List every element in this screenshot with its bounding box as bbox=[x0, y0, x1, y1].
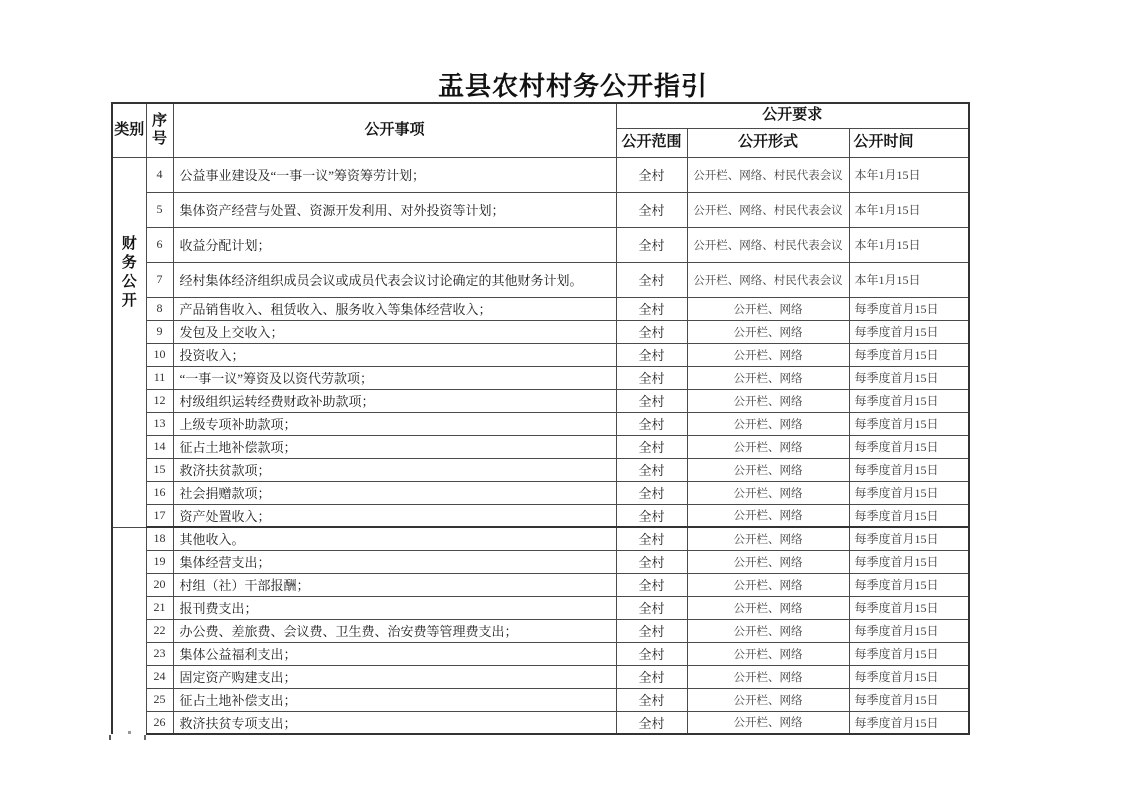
cell-item: 经村集体经济组织成员会议或成员代表会议讨论确定的其他财务计划。 bbox=[173, 262, 616, 297]
cell-scope: 全村 bbox=[616, 320, 687, 343]
table-row: 8产品销售收入、租赁收入、服务收入等集体经营收入；全村公开栏、网络每季度首月15… bbox=[112, 297, 969, 320]
cell-seq: 26 bbox=[146, 711, 173, 734]
cell-form: 公开栏、网络 bbox=[687, 573, 849, 596]
table-row: 11“一事一议”筹资及以资代劳款项；全村公开栏、网络每季度首月15日 bbox=[112, 366, 969, 389]
cell-item: 救济扶贫款项； bbox=[173, 458, 616, 481]
cell-scope: 全村 bbox=[616, 343, 687, 366]
cell-seq: 8 bbox=[146, 297, 173, 320]
page-title: 盂县农村村务公开指引 bbox=[0, 66, 1146, 103]
cell-time: 每季度首月15日 bbox=[849, 343, 969, 366]
cell-scope: 全村 bbox=[616, 619, 687, 642]
cell-seq: 7 bbox=[146, 262, 173, 297]
cell-form: 公开栏、网络、村民代表会议 bbox=[687, 192, 849, 227]
cell-seq: 16 bbox=[146, 481, 173, 504]
cell-form: 公开栏、网络 bbox=[687, 642, 849, 665]
table-row: 26救济扶贫专项支出；全村公开栏、网络每季度首月15日 bbox=[112, 711, 969, 734]
cell-item: 村组（社）干部报酬； bbox=[173, 573, 616, 596]
cell-time: 每季度首月15日 bbox=[849, 297, 969, 320]
cell-seq: 13 bbox=[146, 412, 173, 435]
cell-form: 公开栏、网络 bbox=[687, 343, 849, 366]
cell-time: 每季度首月15日 bbox=[849, 320, 969, 343]
cell-item: 固定资产购建支出； bbox=[173, 665, 616, 688]
cell-form: 公开栏、网络、村民代表会议 bbox=[687, 157, 849, 192]
cell-time: 本年1月15日 bbox=[849, 157, 969, 192]
table-row: 14征占土地补偿款项；全村公开栏、网络每季度首月15日 bbox=[112, 435, 969, 458]
cell-form: 公开栏、网络 bbox=[687, 412, 849, 435]
cell-time: 每季度首月15日 bbox=[849, 711, 969, 734]
cell-seq: 6 bbox=[146, 227, 173, 262]
cell-scope: 全村 bbox=[616, 642, 687, 665]
cell-item: 集体资产经营与处置、资源开发利用、对外投资等计划； bbox=[173, 192, 616, 227]
disclosure-table-wrap: 类别 序号 公开事项 公开要求 公开范围 公开形式 公开时间 财务公开4公益事业… bbox=[111, 102, 970, 735]
cell-scope: 全村 bbox=[616, 157, 687, 192]
cell-scope: 全村 bbox=[616, 527, 687, 550]
cell-form: 公开栏、网络 bbox=[687, 481, 849, 504]
table-row: 13上级专项补助款项；全村公开栏、网络每季度首月15日 bbox=[112, 412, 969, 435]
cell-item: 办公费、差旅费、会议费、卫生费、治安费等管理费支出； bbox=[173, 619, 616, 642]
cell-form: 公开栏、网络 bbox=[687, 320, 849, 343]
cell-seq: 14 bbox=[146, 435, 173, 458]
cell-form: 公开栏、网络 bbox=[687, 435, 849, 458]
table-row: 18其他收入。全村公开栏、网络每季度首月15日 bbox=[112, 527, 969, 550]
cell-time: 每季度首月15日 bbox=[849, 527, 969, 550]
col-header-seq: 序号 bbox=[146, 103, 173, 157]
cell-form: 公开栏、网络、村民代表会议 bbox=[687, 227, 849, 262]
col-header-time: 公开时间 bbox=[849, 128, 969, 157]
cell-item: 报刊费支出； bbox=[173, 596, 616, 619]
cell-time: 每季度首月15日 bbox=[849, 481, 969, 504]
cell-scope: 全村 bbox=[616, 297, 687, 320]
col-header-item: 公开事项 bbox=[173, 103, 616, 157]
cell-item: 资产处置收入； bbox=[173, 504, 616, 527]
cell-scope: 全村 bbox=[616, 458, 687, 481]
table-row: 25征占土地补偿支出；全村公开栏、网络每季度首月15日 bbox=[112, 688, 969, 711]
cell-seq: 4 bbox=[146, 157, 173, 192]
cell-form: 公开栏、网络 bbox=[687, 550, 849, 573]
cell-scope: 全村 bbox=[616, 665, 687, 688]
cell-form: 公开栏、网络 bbox=[687, 297, 849, 320]
cell-scope: 全村 bbox=[616, 192, 687, 227]
disclosure-table: 类别 序号 公开事项 公开要求 公开范围 公开形式 公开时间 财务公开4公益事业… bbox=[111, 102, 970, 735]
cell-seq: 20 bbox=[146, 573, 173, 596]
cell-form: 公开栏、网络 bbox=[687, 504, 849, 527]
cell-time: 每季度首月15日 bbox=[849, 435, 969, 458]
cell-scope: 全村 bbox=[616, 550, 687, 573]
cell-scope: 全村 bbox=[616, 366, 687, 389]
cell-scope: 全村 bbox=[616, 711, 687, 734]
cell-item: 发包及上交收入； bbox=[173, 320, 616, 343]
table-cut-mark bbox=[128, 731, 131, 734]
table-row: 6收益分配计划；全村公开栏、网络、村民代表会议本年1月15日 bbox=[112, 227, 969, 262]
table-row: 22办公费、差旅费、会议费、卫生费、治安费等管理费支出；全村公开栏、网络每季度首… bbox=[112, 619, 969, 642]
cell-seq: 18 bbox=[146, 527, 173, 550]
cell-scope: 全村 bbox=[616, 481, 687, 504]
cell-scope: 全村 bbox=[616, 504, 687, 527]
cell-time: 每季度首月15日 bbox=[849, 504, 969, 527]
cell-time: 每季度首月15日 bbox=[849, 642, 969, 665]
cell-scope: 全村 bbox=[616, 573, 687, 596]
cell-form: 公开栏、网络、村民代表会议 bbox=[687, 262, 849, 297]
cell-time: 每季度首月15日 bbox=[849, 596, 969, 619]
cell-item: 其他收入。 bbox=[173, 527, 616, 550]
cell-item: 产品销售收入、租赁收入、服务收入等集体经营收入； bbox=[173, 297, 616, 320]
cell-form: 公开栏、网络 bbox=[687, 527, 849, 550]
cell-form: 公开栏、网络 bbox=[687, 688, 849, 711]
cell-form: 公开栏、网络 bbox=[687, 366, 849, 389]
col-header-scope: 公开范围 bbox=[616, 128, 687, 157]
category-cell: 财务公开 bbox=[112, 157, 146, 527]
cell-item: 收益分配计划； bbox=[173, 227, 616, 262]
cell-scope: 全村 bbox=[616, 412, 687, 435]
table-cut-stub-left bbox=[109, 735, 111, 740]
cell-form: 公开栏、网络 bbox=[687, 665, 849, 688]
cell-scope: 全村 bbox=[616, 596, 687, 619]
cell-item: “一事一议”筹资及以资代劳款项； bbox=[173, 366, 616, 389]
table-row: 20村组（社）干部报酬；全村公开栏、网络每季度首月15日 bbox=[112, 573, 969, 596]
cell-seq: 19 bbox=[146, 550, 173, 573]
table-row: 15救济扶贫款项；全村公开栏、网络每季度首月15日 bbox=[112, 458, 969, 481]
cell-time: 每季度首月15日 bbox=[849, 412, 969, 435]
cell-scope: 全村 bbox=[616, 435, 687, 458]
cell-form: 公开栏、网络 bbox=[687, 596, 849, 619]
col-header-requirement: 公开要求 bbox=[616, 103, 969, 128]
cell-item: 村级组织运转经费财政补助款项； bbox=[173, 389, 616, 412]
table-row: 7经村集体经济组织成员会议或成员代表会议讨论确定的其他财务计划。全村公开栏、网络… bbox=[112, 262, 969, 297]
category-cell bbox=[112, 527, 146, 734]
cell-item: 投资收入； bbox=[173, 343, 616, 366]
cell-form: 公开栏、网络 bbox=[687, 619, 849, 642]
cell-time: 本年1月15日 bbox=[849, 262, 969, 297]
cell-item: 征占土地补偿款项； bbox=[173, 435, 616, 458]
col-header-form: 公开形式 bbox=[687, 128, 849, 157]
cell-seq: 15 bbox=[146, 458, 173, 481]
cell-scope: 全村 bbox=[616, 389, 687, 412]
cell-time: 本年1月15日 bbox=[849, 227, 969, 262]
table-row: 24固定资产购建支出；全村公开栏、网络每季度首月15日 bbox=[112, 665, 969, 688]
cell-seq: 23 bbox=[146, 642, 173, 665]
cell-item: 上级专项补助款项； bbox=[173, 412, 616, 435]
cell-time: 每季度首月15日 bbox=[849, 458, 969, 481]
cell-item: 集体经营支出； bbox=[173, 550, 616, 573]
cell-item: 救济扶贫专项支出； bbox=[173, 711, 616, 734]
table-row: 10投资收入；全村公开栏、网络每季度首月15日 bbox=[112, 343, 969, 366]
col-header-category: 类别 bbox=[112, 103, 146, 157]
cell-time: 每季度首月15日 bbox=[849, 389, 969, 412]
table-row: 17资产处置收入；全村公开栏、网络每季度首月15日 bbox=[112, 504, 969, 527]
cell-time: 每季度首月15日 bbox=[849, 665, 969, 688]
cell-form: 公开栏、网络 bbox=[687, 389, 849, 412]
cell-time: 每季度首月15日 bbox=[849, 366, 969, 389]
table-row: 12村级组织运转经费财政补助款项；全村公开栏、网络每季度首月15日 bbox=[112, 389, 969, 412]
cell-time: 每季度首月15日 bbox=[849, 573, 969, 596]
cell-time: 每季度首月15日 bbox=[849, 619, 969, 642]
table-row: 23集体公益福利支出；全村公开栏、网络每季度首月15日 bbox=[112, 642, 969, 665]
table-row: 16社会捐赠款项；全村公开栏、网络每季度首月15日 bbox=[112, 481, 969, 504]
cell-time: 本年1月15日 bbox=[849, 192, 969, 227]
cell-seq: 22 bbox=[146, 619, 173, 642]
table-cut-stub-divider bbox=[144, 735, 146, 740]
cell-seq: 21 bbox=[146, 596, 173, 619]
cell-seq: 12 bbox=[146, 389, 173, 412]
cell-scope: 全村 bbox=[616, 688, 687, 711]
cell-seq: 25 bbox=[146, 688, 173, 711]
cell-item: 征占土地补偿支出； bbox=[173, 688, 616, 711]
document-page: 盂县农村村务公开指引 类别 序号 公开事项 公开要求 公开范围 公开形式 公开时… bbox=[0, 0, 1146, 811]
cell-time: 每季度首月15日 bbox=[849, 550, 969, 573]
cell-time: 每季度首月15日 bbox=[849, 688, 969, 711]
table-row: 9发包及上交收入；全村公开栏、网络每季度首月15日 bbox=[112, 320, 969, 343]
table-row: 财务公开4公益事业建设及“一事一议”筹资筹劳计划；全村公开栏、网络、村民代表会议… bbox=[112, 157, 969, 192]
cell-form: 公开栏、网络 bbox=[687, 711, 849, 734]
table-row: 21报刊费支出；全村公开栏、网络每季度首月15日 bbox=[112, 596, 969, 619]
cell-seq: 24 bbox=[146, 665, 173, 688]
cell-scope: 全村 bbox=[616, 227, 687, 262]
cell-item: 公益事业建设及“一事一议”筹资筹劳计划； bbox=[173, 157, 616, 192]
cell-seq: 11 bbox=[146, 366, 173, 389]
cell-seq: 5 bbox=[146, 192, 173, 227]
cell-scope: 全村 bbox=[616, 262, 687, 297]
cell-seq: 9 bbox=[146, 320, 173, 343]
cell-item: 集体公益福利支出； bbox=[173, 642, 616, 665]
cell-seq: 10 bbox=[146, 343, 173, 366]
table-row: 19集体经营支出；全村公开栏、网络每季度首月15日 bbox=[112, 550, 969, 573]
cell-seq: 17 bbox=[146, 504, 173, 527]
cell-item: 社会捐赠款项； bbox=[173, 481, 616, 504]
cell-form: 公开栏、网络 bbox=[687, 458, 849, 481]
table-row: 5集体资产经营与处置、资源开发利用、对外投资等计划；全村公开栏、网络、村民代表会… bbox=[112, 192, 969, 227]
